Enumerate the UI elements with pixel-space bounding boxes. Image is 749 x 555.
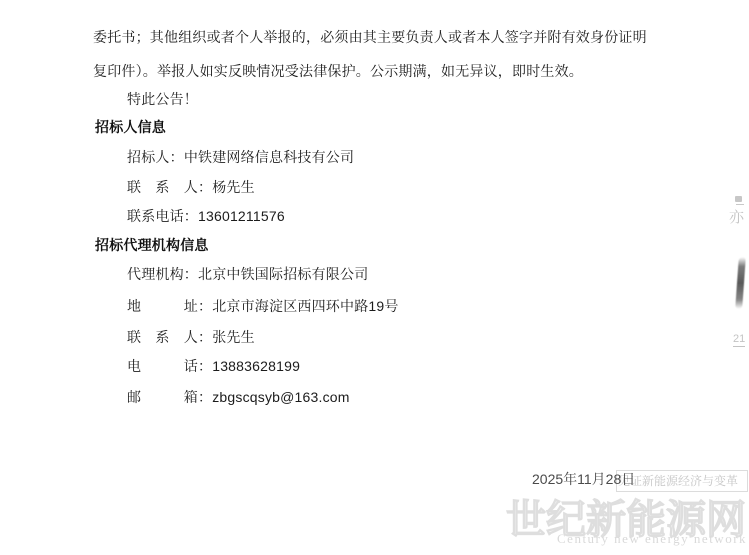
paragraph-line-2: 复印件）。举报人如实反映情况受法律保护。公示期满，如无异议，即时生效。 — [93, 61, 583, 81]
edge-artifact-character: 亦 — [729, 206, 744, 227]
tenderer-name-row: 招标人：中铁建网络信息科技有公司 — [127, 147, 354, 167]
tenderer-name-value: 中铁建网络信息科技有公司 — [184, 149, 354, 165]
agency-email-value: zbgscqsyb@163.com — [212, 389, 349, 405]
tenderer-name-label: 招标人： — [127, 149, 184, 165]
tenderer-contact-value: 杨先生 — [212, 179, 255, 195]
agency-name-row: 代理机构：北京中铁国际招标有限公司 — [127, 264, 368, 284]
agency-email-row: 邮 箱：zbgscqsyb@163.com — [127, 387, 350, 407]
agency-section-heading: 招标代理机构信息 — [95, 235, 209, 255]
tenderer-phone-value: 13601211576 — [198, 208, 285, 224]
agency-phone-value: 13883628199 — [212, 358, 300, 374]
agency-name-label: 代理机构： — [127, 266, 198, 282]
agency-email-label: 邮 箱： — [127, 389, 212, 405]
watermark-brand-en: Century new energy network — [557, 531, 747, 547]
agency-phone-row: 电 话：13883628199 — [127, 356, 300, 376]
closing-statement: 特此公告！ — [127, 89, 198, 109]
tender-announcement-document: 委托书；其他组织或者个人举报的，必须由其主要负责人或者本人签字并附有效身份证明 … — [0, 0, 749, 555]
announcement-date: 2025年11月28日 — [532, 469, 635, 489]
edge-artifact-chip — [735, 196, 742, 202]
watermark-slogan-text: 见证新能源经济与变革 — [618, 474, 738, 488]
agency-phone-label: 电 话： — [127, 358, 212, 374]
paragraph-line-1: 委托书；其他组织或者个人举报的，必须由其主要负责人或者本人签字并附有效身份证明 — [93, 27, 647, 47]
edge-artifact-number: 21 — [733, 333, 745, 347]
agency-name-value: 北京中铁国际招标有限公司 — [198, 266, 368, 282]
agency-contact-row: 联 系 人：张先生 — [127, 327, 255, 347]
edge-artifact-dash — [736, 204, 744, 205]
agency-address-value: 北京市海淀区西四环中路19号 — [212, 298, 398, 314]
edge-artifact-seal-smudge — [735, 257, 746, 309]
agency-address-row: 地 址：北京市海淀区西四环中路19号 — [127, 296, 399, 316]
tenderer-section-heading: 招标人信息 — [95, 117, 166, 137]
tenderer-phone-label: 联系电话： — [127, 208, 198, 224]
agency-contact-label: 联 系 人： — [127, 329, 212, 345]
tenderer-phone-row: 联系电话：13601211576 — [127, 206, 285, 226]
tenderer-contact-label: 联 系 人： — [127, 179, 212, 195]
tenderer-contact-row: 联 系 人：杨先生 — [127, 177, 255, 197]
agency-contact-value: 张先生 — [212, 329, 255, 345]
agency-address-label: 地 址： — [127, 298, 212, 314]
